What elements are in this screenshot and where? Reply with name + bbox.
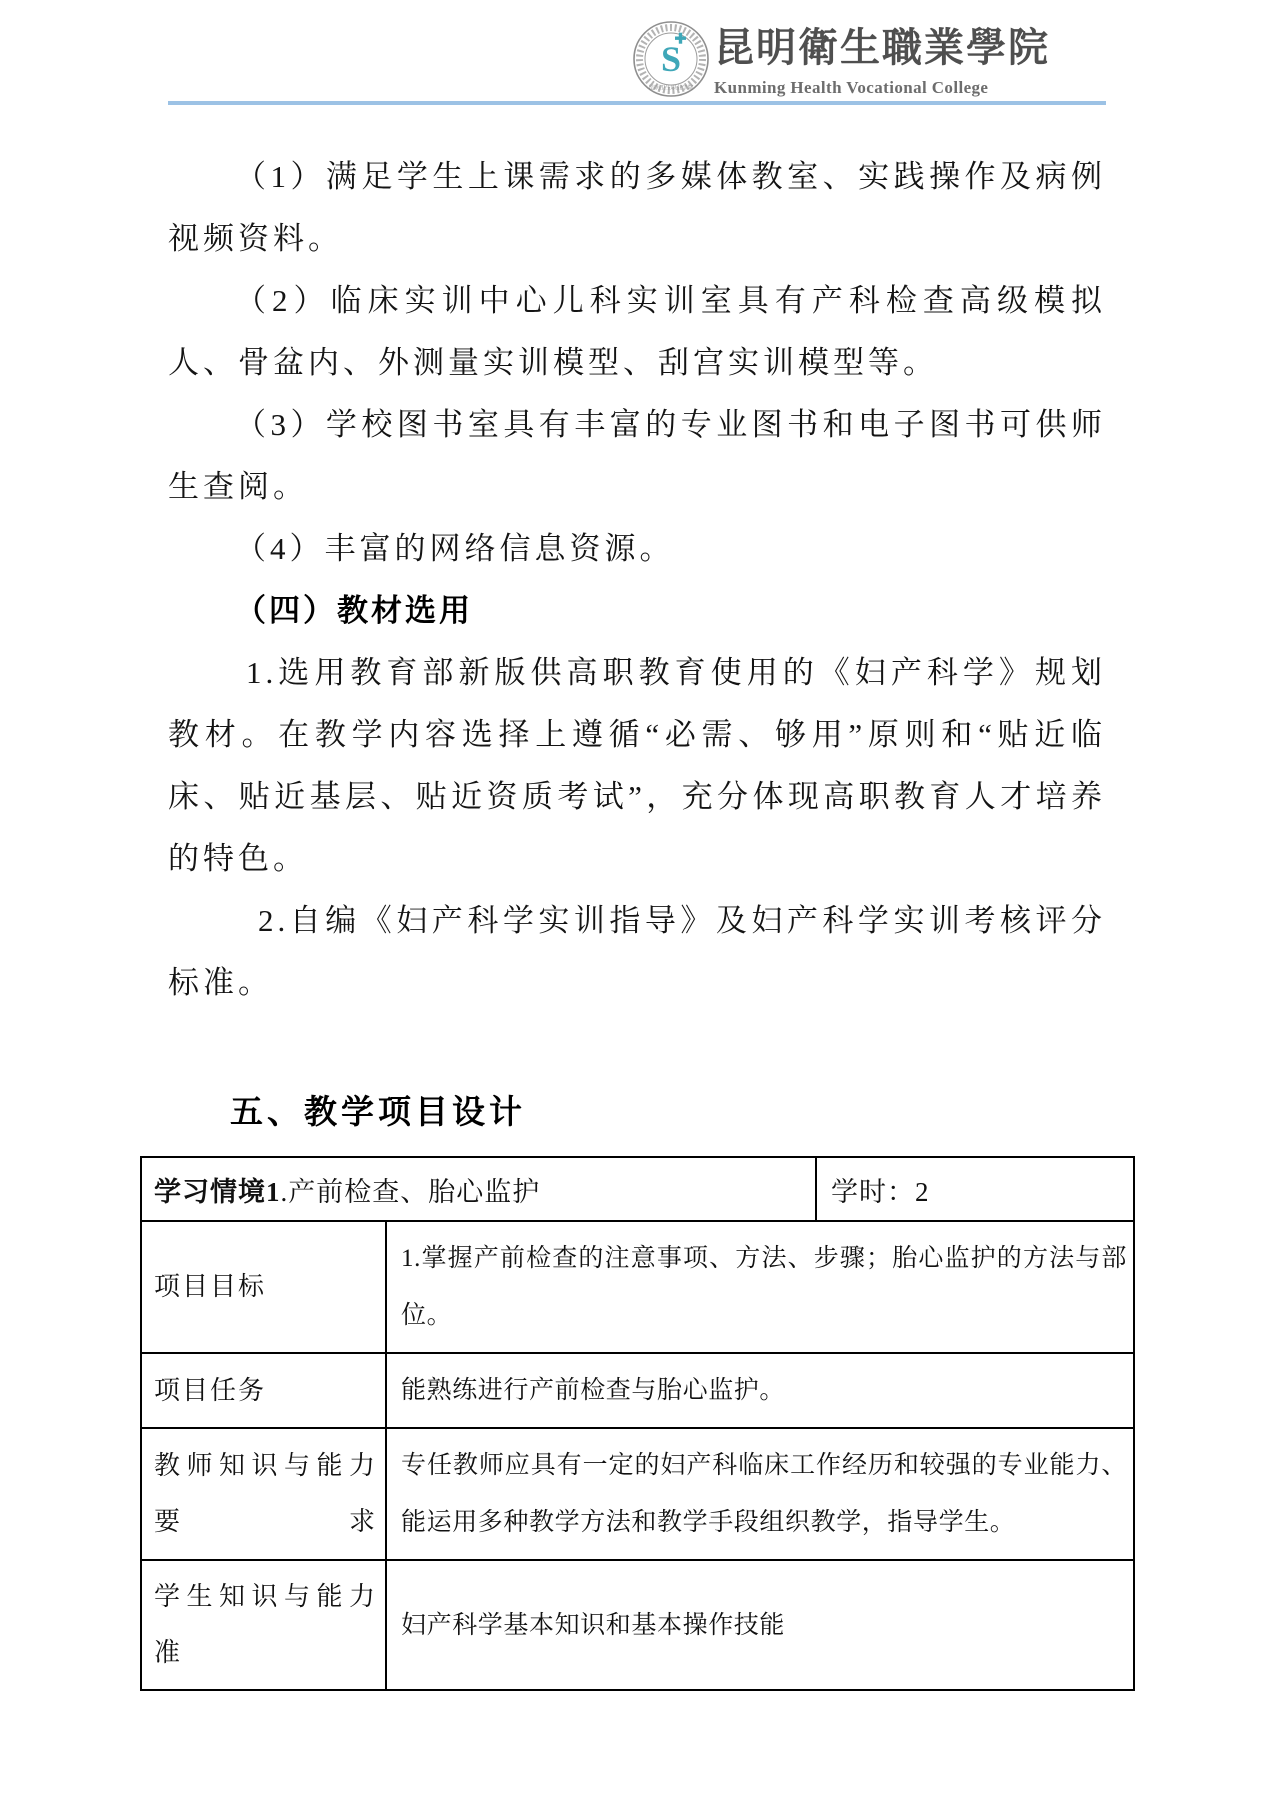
row-label-text: 项目任务 [154,1363,377,1419]
row-content-project-goal: 1.掌握产前检查的注意事项、方法、步骤；胎心监护的方法与部位。 [387,1222,1133,1352]
teaching-design-table: 学习情境1.产前检查、胎心监护 学时：2 项目目标 1.掌握产前检查的注意事项、… [140,1156,1135,1691]
college-name-calligraphy: 昆明衛生職業學院 [714,24,1014,72]
paragraph-textbook-2: 2.自编《妇产科学实训指导》及妇产科学实训考核评分标准。 [168,890,1106,1014]
paragraph-1: （1）满足学生上课需求的多媒体教室、实践操作及病例视频资料。 [168,146,1106,270]
logo-monogram: S [661,39,681,79]
cell-learning-situation: 学习情境1.产前检查、胎心监护 [142,1158,817,1220]
table-row-teacher-requirements: 教师知识与能力要求 专任教师应具有一定的妇产科临床工作经历和较强的专业能力、能运… [142,1427,1133,1559]
row-content-student-requirements: 妇产科学基本知识和基本操作技能 [387,1561,1133,1689]
row-label-project-task: 项目任务 [142,1354,387,1427]
paragraph-2: （2）临床实训中心儿科实训室具有产科检查高级模拟人、骨盆内、外测量实训模型、刮宫… [168,270,1106,394]
row-content-project-task: 能熟练进行产前检查与胎心监护。 [387,1354,1133,1427]
row-label-student-requirements: 学生知识与能力准 [142,1561,387,1689]
row-label-project-goal: 项目目标 [142,1222,387,1352]
college-seal-svg: S 昆明卫生职业学院 [632,20,710,98]
page-header: S 昆明卫生职业学院 昆明衛生職業學院 Kunming Health Vocat… [0,0,1274,110]
row-label-teacher-requirements: 教师知识与能力要求 [142,1429,387,1559]
college-name-english: Kunming Health Vocational College [714,78,1014,98]
paragraph-4: （4）丰富的网络信息资源。 [168,518,1106,580]
row-label-text: 教师知识与能力要求 [154,1438,377,1550]
row-label-text: 学生知识与能力准 [154,1569,377,1681]
paragraph-textbook-1: 1.选用教育部新版供高职教育使用的《妇产科学》规划教材。在教学内容选择上遵循“必… [168,642,1106,890]
cell-class-hours: 学时：2 [817,1158,1133,1220]
learning-situation-title: .产前检查、胎心监护 [281,1177,541,1207]
paragraph-3: （3）学校图书室具有丰富的专业图书和电子图书可供师生查阅。 [168,394,1106,518]
header-divider-line [168,101,1106,105]
table-row-project-goal: 项目目标 1.掌握产前检查的注意事项、方法、步骤；胎心监护的方法与部位。 [142,1220,1133,1352]
college-seal-icon: S 昆明卫生职业学院 [632,20,710,98]
table-row-situation: 学习情境1.产前检查、胎心监护 学时：2 [142,1158,1133,1220]
table-row-student-requirements: 学生知识与能力准 妇产科学基本知识和基本操作技能 [142,1559,1133,1689]
document-body: （1）满足学生上课需求的多媒体教室、实践操作及病例视频资料。 （2）临床实训中心… [168,146,1106,1691]
row-content-teacher-requirements: 专任教师应具有一定的妇产科临床工作经历和较强的专业能力、能运用多种教学方法和教学… [387,1429,1133,1559]
learning-situation-label: 学习情境1 [154,1177,281,1207]
section-heading-teaching-design: 五、教学项目设计 [230,1092,1106,1134]
row-label-text: 项目目标 [154,1259,377,1315]
logo-ring-text: 昆明卫生职业学院 [649,84,694,92]
table-row-project-task: 项目任务 能熟练进行产前检查与胎心监护。 [142,1352,1133,1427]
college-name-block: 昆明衛生職業學院 Kunming Health Vocational Colle… [714,24,1014,98]
document-page: { "header": { "college_name_calligraphy"… [0,0,1274,1801]
subsection-heading-textbook: （四）教材选用 [168,580,1106,642]
